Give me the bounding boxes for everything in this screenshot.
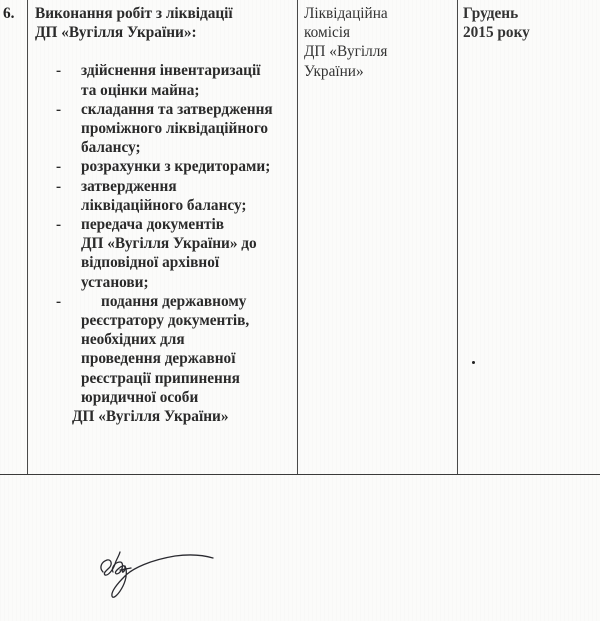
column-divider xyxy=(297,0,298,474)
deadline-cell: Грудень 2015 року xyxy=(463,4,598,42)
task-item-creditors: - розрахунки з кредиторами; xyxy=(35,157,293,176)
signature-icon xyxy=(95,540,235,610)
row-number: 6. xyxy=(3,4,14,23)
bullet-dash-icon: - xyxy=(56,157,61,176)
task-item-inventory: - здійснення інвентаризації та оцінки ма… xyxy=(35,61,293,99)
column-divider xyxy=(27,0,28,474)
task-item-interim-balance: - складання та затвердження проміжного л… xyxy=(35,100,293,158)
column-divider xyxy=(457,0,458,474)
bullet-dash-icon: - xyxy=(56,177,61,196)
task-title: Виконання робіт з ліквідації ДП «Вугілля… xyxy=(35,4,293,42)
task-cell: Виконання робіт з ліквідації ДП «Вугілля… xyxy=(35,4,293,426)
executor-cell: Ліквідаційна комісія ДП «Вугілля України… xyxy=(304,4,454,81)
bullet-dash-icon: - xyxy=(56,100,61,119)
scan-speck xyxy=(472,361,475,364)
bullet-dash-icon: - xyxy=(56,61,61,80)
liquidation-plan-table: 6. Виконання робіт з ліквідації ДП «Вугі… xyxy=(0,0,600,475)
task-item-state-registration: - подання державному реєстратору докумен… xyxy=(35,292,293,426)
bullet-dash-icon: - xyxy=(56,215,61,234)
task-item-final-balance: - затвердження ліквідаційного балансу; xyxy=(35,177,293,215)
bullet-dash-icon: - xyxy=(56,292,61,311)
task-item-archive-transfer: - передача документів ДП «Вугілля Україн… xyxy=(35,215,293,292)
